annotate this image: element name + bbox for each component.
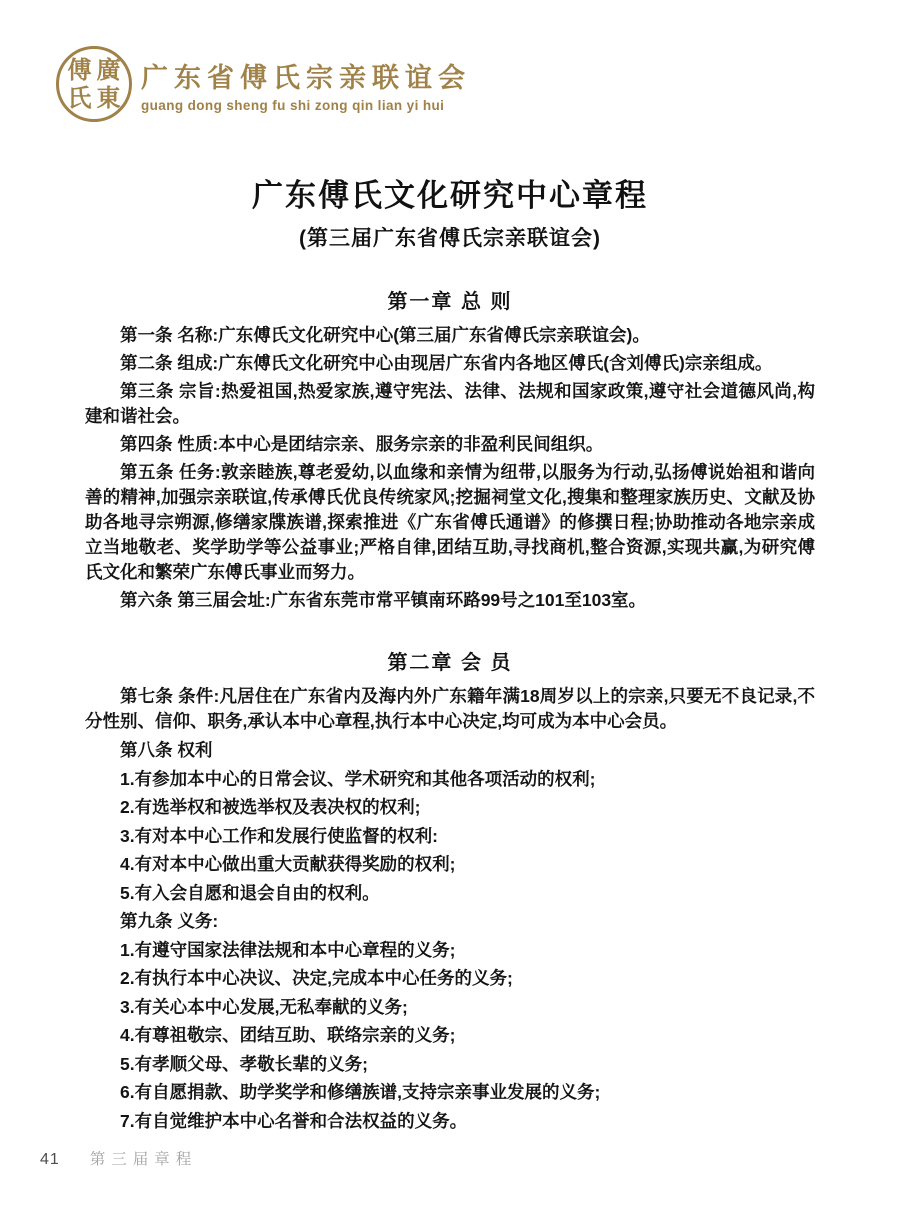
org-name: 广东省傅氏宗亲联谊会	[141, 56, 471, 95]
article-paragraph: 第一条 名称:广东傅氏文化研究中心(第三届广东省傅氏宗亲联谊会)。	[85, 323, 815, 348]
footer-section-label: 第三届章程	[90, 1147, 198, 1169]
article-paragraph: 第二条 组成:广东傅氏文化研究中心由现居广东省内各地区傅氏(含刘傅氏)宗亲组成。	[85, 351, 815, 376]
list-item: 4.有对本中心做出重大贡献获得奖励的权利;	[85, 851, 815, 879]
list-item: 6.有自愿捐款、助学奖学和修缮族谱,支持宗亲事业发展的义务;	[85, 1079, 815, 1107]
list-item: 1.有遵守国家法律法规和本中心章程的义务;	[85, 937, 815, 965]
article-paragraph: 第六条 第三届会址:广东省东莞市常平镇南环路99号之101至103室。	[85, 588, 815, 613]
document-subtitle: (第三届广东省傅氏宗亲联谊会)	[85, 222, 815, 252]
list-item: 2.有选举权和被选举权及表决权的权利;	[85, 794, 815, 822]
list-item: 2.有执行本中心决议、决定,完成本中心任务的义务;	[85, 965, 815, 993]
article-paragraph: 第七条 条件:凡居住在广东省内及海内外广东籍年满18周岁以上的宗亲,只要无不良记…	[85, 684, 815, 734]
list-item: 3.有关心本中心发展,无私奉献的义务;	[85, 994, 815, 1022]
org-pinyin: guang dong sheng fu shi zong qin lian yi…	[141, 98, 471, 113]
chapter-heading-1: 第一章 总 则	[85, 285, 815, 314]
article-paragraph: 第八条 权利	[85, 737, 815, 765]
seal-char: 廣	[97, 58, 121, 82]
page-footer: 41 第三届章程	[40, 1147, 197, 1169]
list-item: 5.有入会自愿和退会自由的权利。	[85, 880, 815, 908]
article-paragraph: 第五条 任务:敦亲睦族,尊老爱幼,以血缘和亲情为纽带,以服务为行动,弘扬傅说始祖…	[85, 460, 815, 585]
list-item: 1.有参加本中心的日常会议、学术研究和其他各项活动的权利;	[85, 766, 815, 794]
page-number: 41	[40, 1151, 60, 1169]
chapter-heading-2: 第二章 会 员	[85, 646, 815, 675]
org-header: 傅 廣 氏 東 广东省傅氏宗亲联谊会 guang dong sheng fu s…	[56, 46, 471, 122]
document-title: 广东傅氏文化研究中心章程	[85, 170, 815, 215]
article-paragraph: 第四条 性质:本中心是团结宗亲、服务宗亲的非盈利民间组织。	[85, 432, 815, 457]
document-body: 广东傅氏文化研究中心章程 (第三届广东省傅氏宗亲联谊会) 第一章 总 则 第一条…	[85, 170, 815, 1136]
list-item: 3.有对本中心工作和发展行使监督的权利:	[85, 823, 815, 851]
list-item: 7.有自觉维护本中心名誉和合法权益的义务。	[85, 1108, 815, 1136]
org-seal-icon: 傅 廣 氏 東	[56, 46, 132, 122]
article-paragraph: 第三条 宗旨:热爱祖国,热爱家族,遵守宪法、法律、法规和国家政策,遵守社会道德风…	[85, 379, 815, 429]
list-item: 5.有孝顺父母、孝敬长辈的义务;	[85, 1051, 815, 1079]
article-paragraph: 第九条 义务:	[85, 908, 815, 936]
seal-char: 氏	[68, 86, 92, 110]
list-item: 4.有尊祖敬宗、团结互助、联络宗亲的义务;	[85, 1022, 815, 1050]
org-title-block: 广东省傅氏宗亲联谊会 guang dong sheng fu shi zong …	[141, 56, 471, 113]
seal-char: 傅	[68, 58, 92, 82]
seal-char: 東	[97, 86, 121, 110]
